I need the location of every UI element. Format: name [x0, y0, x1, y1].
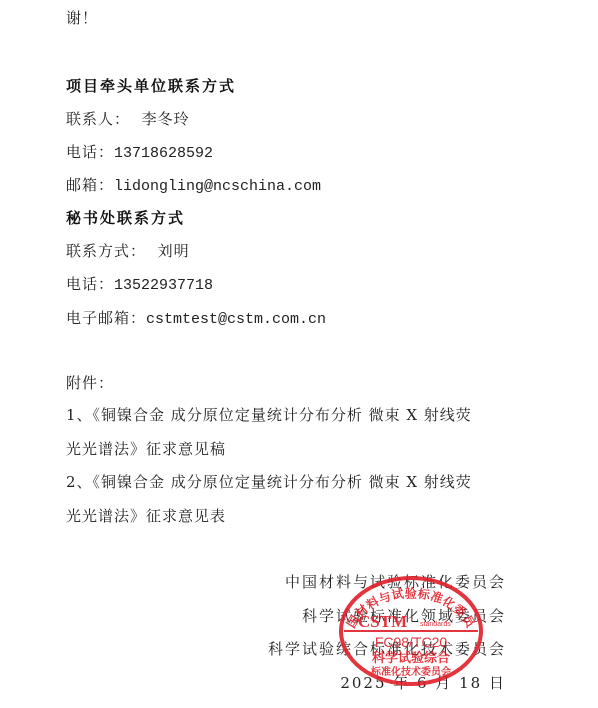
phone-label: 电话： [66, 275, 114, 293]
email-address[interactable]: lidongling@ncschina.com [114, 178, 321, 195]
secretariat-contact: 联系方式： 刘明 [66, 241, 190, 261]
phone-number: 13718628592 [114, 145, 213, 162]
email-label: 邮箱： [66, 176, 114, 194]
stamp-logo-sub: standards [420, 621, 451, 628]
attachment-item-1-line1: 1、《铜镍合金 成分原位定量统计分布分析 微束 X 射线荧 [66, 405, 472, 425]
lead-unit-heading: 项目牵头单位联系方式 [66, 76, 236, 96]
contact-label: 联系方式： [66, 242, 146, 260]
stamp-line1: 科学试验综合 [371, 650, 450, 666]
phone-number: 13522937718 [114, 277, 213, 294]
lead-unit-contact: 联系人： 李冬玲 [66, 109, 190, 129]
closing-text: 谢！ [66, 8, 98, 28]
contact-label: 联系人： [66, 110, 130, 128]
secretariat-heading: 秘书处联系方式 [66, 208, 185, 228]
email-address[interactable]: cstmtest@cstm.com.cn [146, 311, 326, 328]
secretariat-email: 电子邮箱：cstmtest@cstm.com.cn [66, 308, 326, 330]
stamp-code: FC98/TC20 [375, 634, 448, 650]
attachment-item-2-line1: 2、《铜镍合金 成分原位定量统计分布分析 微束 X 射线荧 [66, 472, 472, 492]
stamp-line2: 标准化技术委员会 [370, 665, 451, 678]
email-label: 电子邮箱： [66, 309, 146, 327]
contact-name: 李冬玲 [142, 110, 190, 128]
official-seal-stamp: 中国材料与试验标准化委员会 CSTM standards FC98/TC20 科… [338, 575, 484, 687]
lead-unit-phone: 电话：13718628592 [66, 142, 213, 164]
phone-label: 电话： [66, 143, 114, 161]
contact-name: 刘明 [158, 242, 190, 260]
lead-unit-email: 邮箱：lidongling@ncschina.com [66, 175, 321, 197]
attachments-label: 附件： [66, 373, 114, 393]
stamp-logo: CSTM [358, 612, 407, 631]
secretariat-phone: 电话：13522937718 [66, 274, 213, 296]
attachment-item-2-line2: 光光谱法》征求意见表 [66, 506, 226, 526]
attachment-item-1-line2: 光光谱法》征求意见稿 [66, 439, 226, 459]
